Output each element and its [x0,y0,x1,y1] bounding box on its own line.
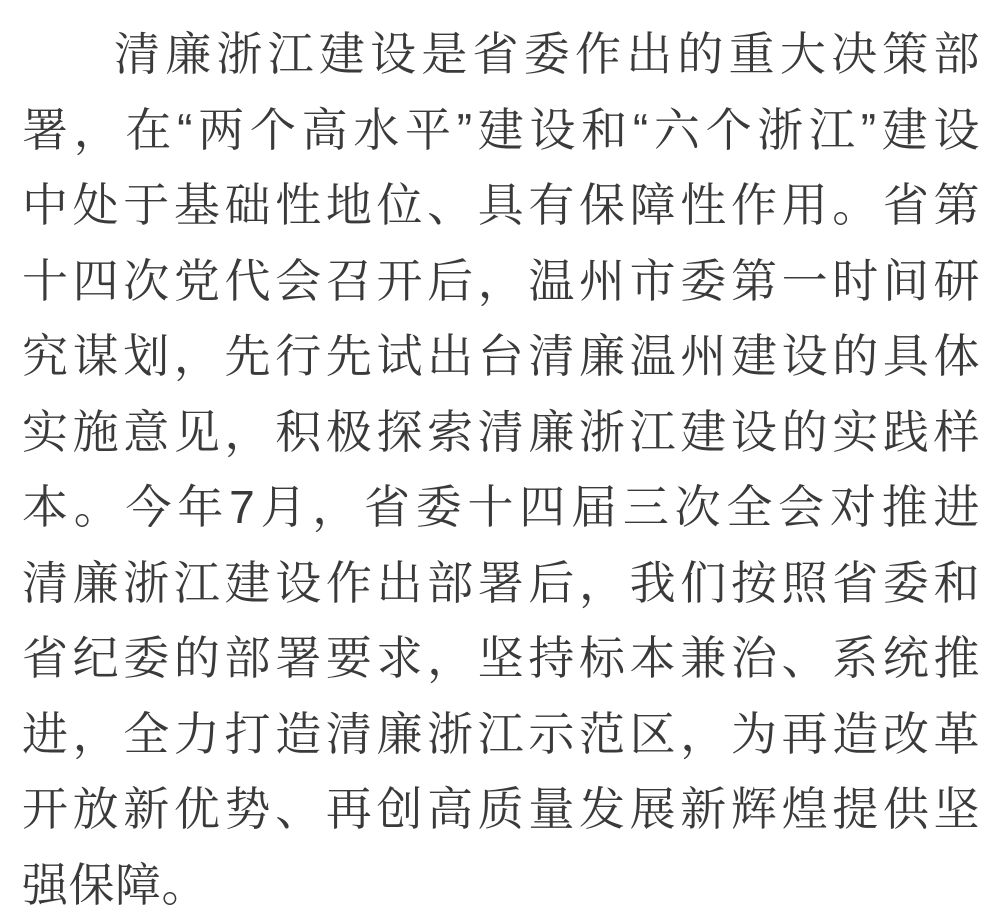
paragraph-line: 本。今年7月，省委十四届三次全会对推进 [22,470,980,546]
paragraph-line: 署，在“两个高水平”建设和“六个浙江”建设 [22,93,980,169]
paragraph-line: 清廉浙江建设是省委作出的重大决策部 [22,17,980,93]
paragraph-line: 究谋划，先行先试出台清廉温州建设的具体 [22,319,980,395]
paragraph-line: 强保障。 [22,848,980,923]
paragraph-line: 清廉浙江建设作出部署后，我们按照省委和 [22,546,980,622]
article-body: 清廉浙江建设是省委作出的重大决策部 署，在“两个高水平”建设和“六个浙江”建设 … [0,0,1004,923]
paragraph-line: 进，全力打造清廉浙江示范区，为再造改革 [22,697,980,773]
paragraph-line: 中处于基础性地位、具有保障性作用。省第 [22,168,980,244]
paragraph-line: 省纪委的部署要求，坚持标本兼治、系统推 [22,621,980,697]
paragraph-line: 实施意见，积极探索清廉浙江建设的实践样 [22,395,980,471]
paragraph-line: 十四次党代会召开后，温州市委第一时间研 [22,244,980,320]
paragraph-line: 开放新优势、再创高质量发展新辉煌提供坚 [22,772,980,848]
